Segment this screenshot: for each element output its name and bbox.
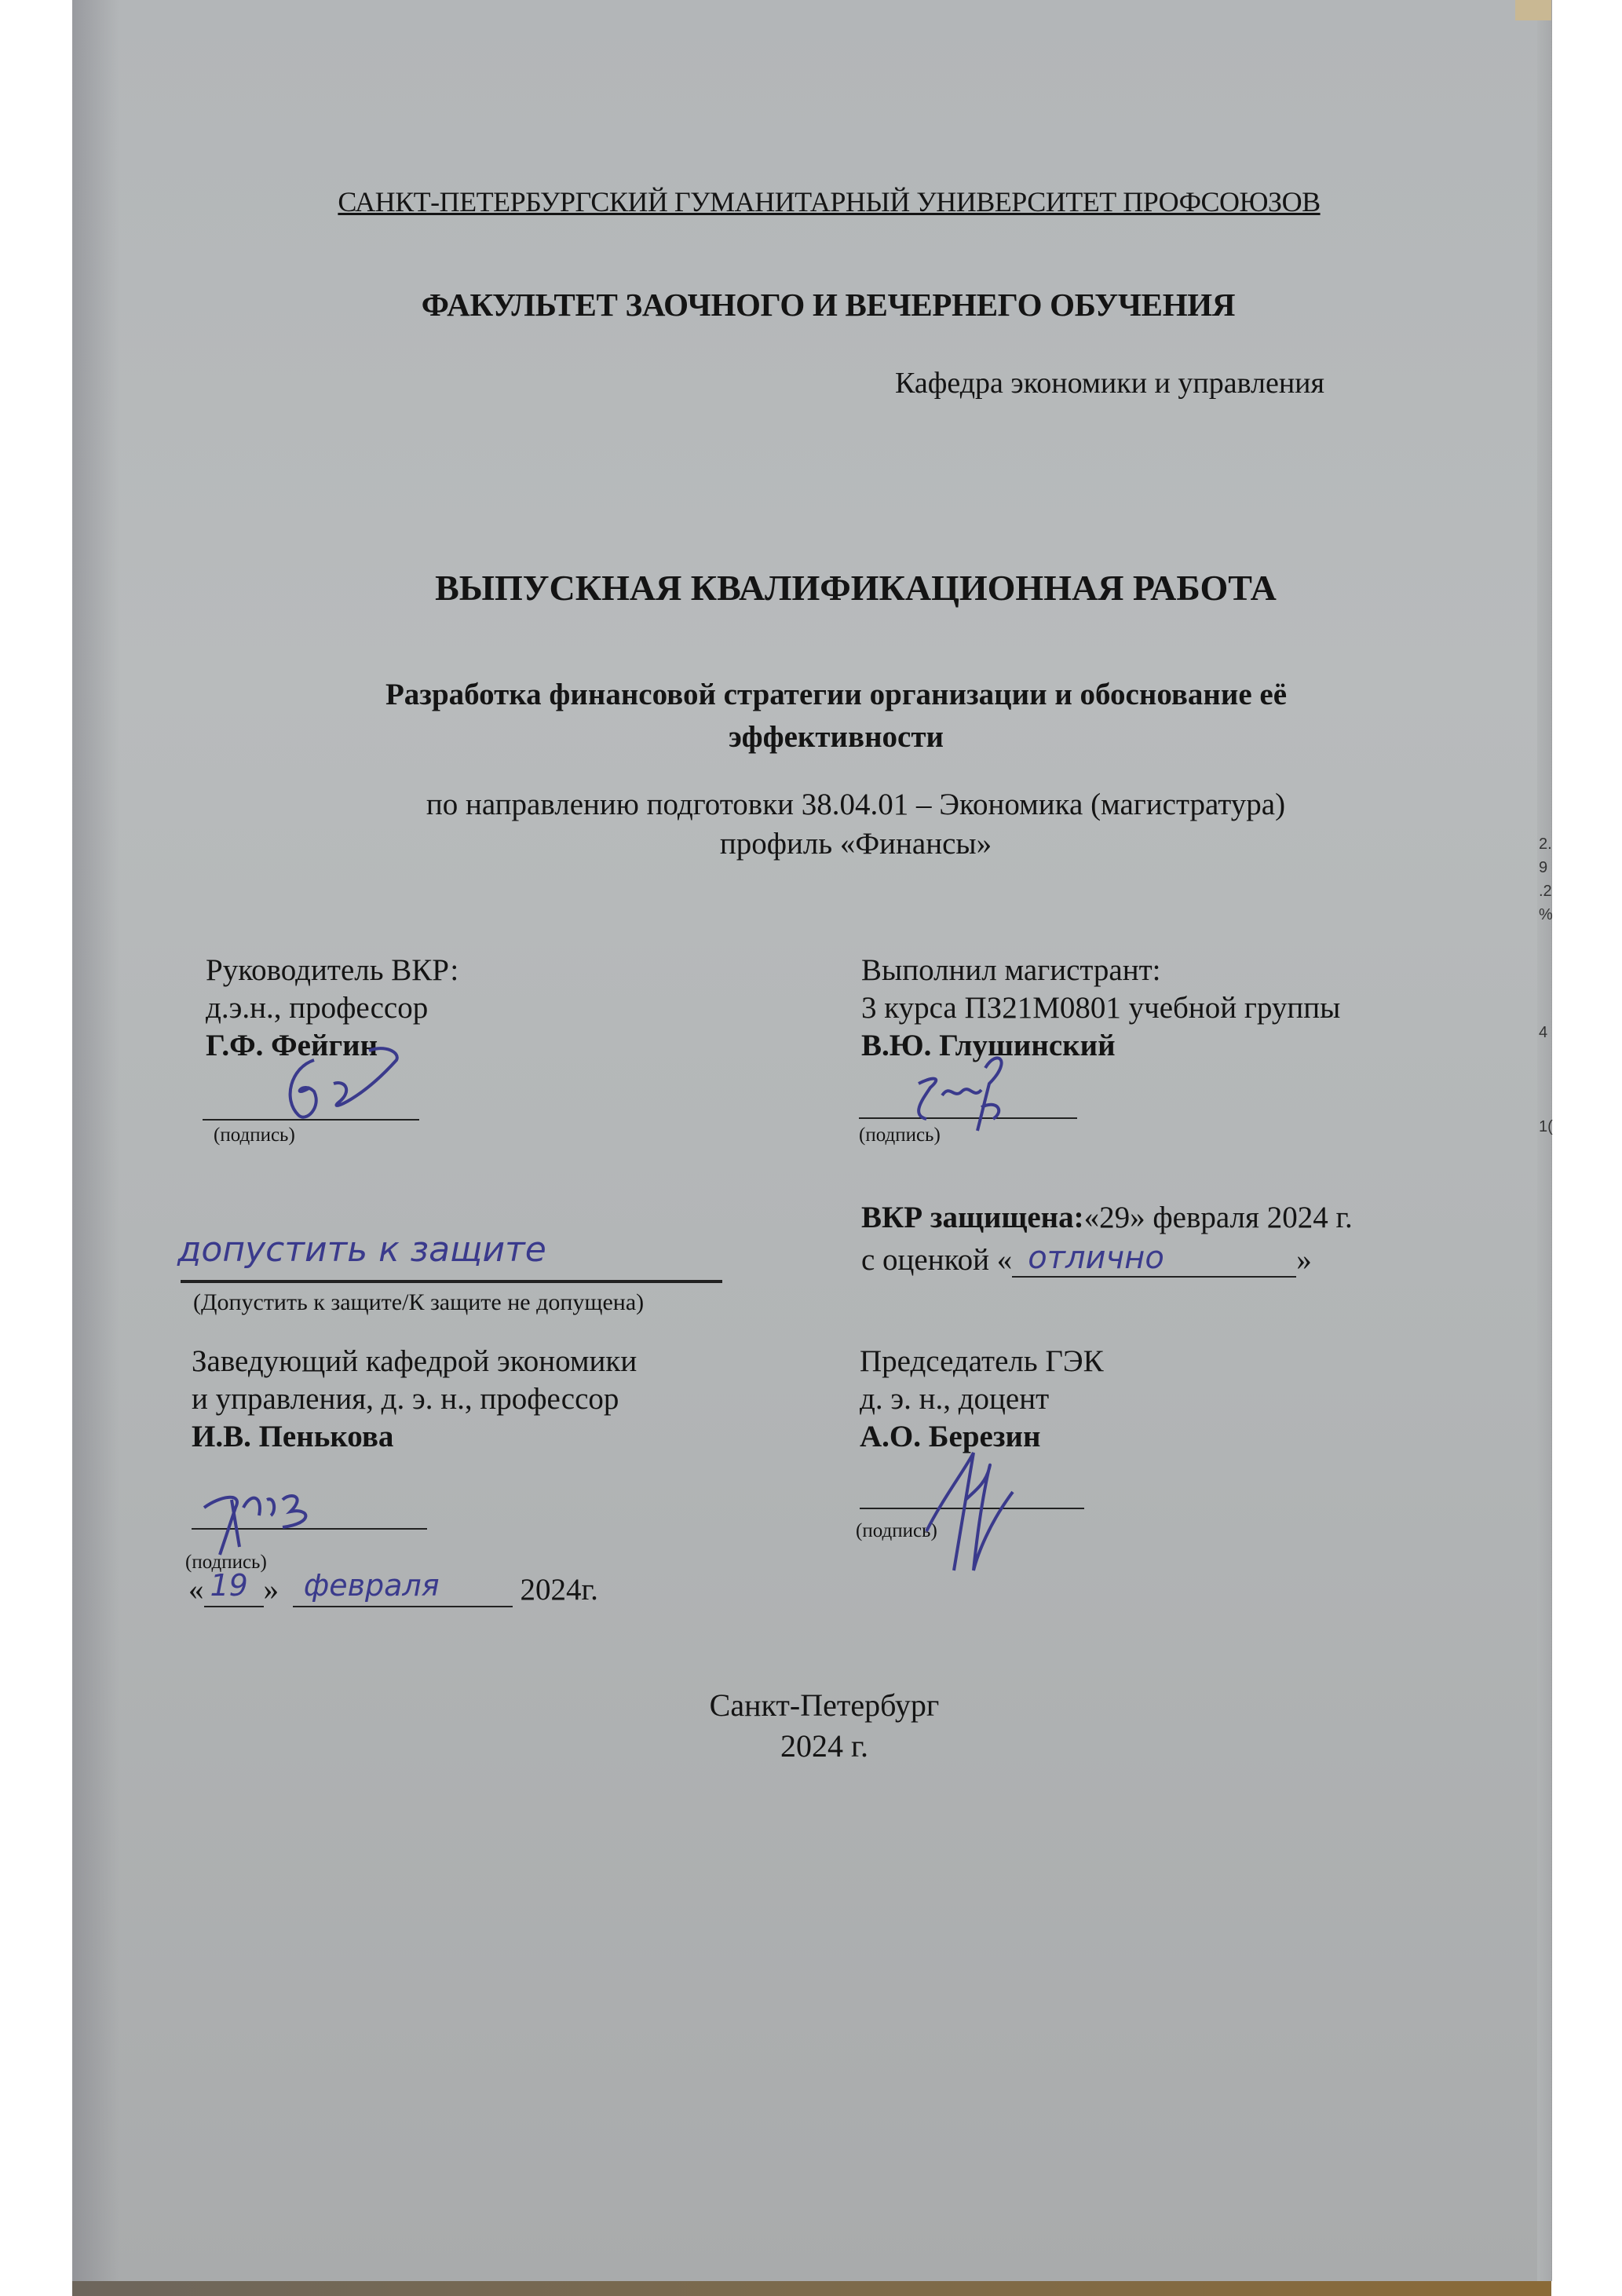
footer-city: Санкт-Петербург	[550, 1687, 1099, 1724]
page-shadow	[72, 0, 119, 2281]
day-handwritten: 19	[210, 1568, 248, 1603]
university-name: САНКТ-ПЕТЕРБУРГСКИЙ ГУМАНИТАРНЫЙ УНИВЕРС…	[311, 185, 1347, 218]
desk-corner	[1515, 0, 1551, 20]
study-direction: по направлению подготовки 38.04.01 – Эко…	[298, 787, 1413, 822]
head-name: И.В. Пенькова	[192, 1418, 637, 1456]
grade-suffix: »	[1296, 1243, 1312, 1277]
underlying-page-edge	[1537, 0, 1552, 2281]
student-block: Выполнил магистрант: 3 курса ПЗ21М0801 у…	[861, 952, 1340, 1065]
date-year: 2024г.	[521, 1573, 598, 1607]
admission-caption: (Допустить к защите/К защите не допущена…	[193, 1289, 644, 1316]
student-signature	[895, 1052, 1052, 1131]
day-field: 19	[204, 1574, 264, 1607]
study-profile: профиль «Финансы»	[298, 826, 1413, 861]
edge-mark: %	[1539, 903, 1551, 927]
thesis-topic-line2: эффективности	[259, 719, 1413, 755]
head-role-line2: и управления, д. э. н., профессор	[192, 1380, 637, 1418]
thesis-topic-line1: Разработка финансовой стратегии организа…	[259, 677, 1413, 712]
edge-mark: 4	[1539, 1021, 1551, 1044]
department-name: Кафедра экономики и управления	[895, 366, 1324, 400]
admission-line	[181, 1280, 722, 1283]
defense-label: ВКР защищена:	[861, 1201, 1084, 1234]
edge-mark: 1(	[1539, 1115, 1551, 1139]
gek-signature	[919, 1437, 1028, 1578]
gek-role: Председатель ГЭК	[860, 1343, 1104, 1380]
student-role: Выполнил магистрант:	[861, 952, 1340, 989]
defense-grade: с оценкой «отлично»	[861, 1242, 1312, 1278]
edge-mark: 2.	[1539, 832, 1551, 856]
faculty-name: ФАКУЛЬТЕТ ЗАОЧНОГО И ВЕЧЕРНЕГО ОБУЧЕНИЯ	[298, 286, 1358, 324]
underlying-page-marks: 2. 9 .2 % 4 1(	[1539, 832, 1551, 1139]
admission-handwritten: допустить к защите	[177, 1230, 546, 1270]
grade-handwritten: отлично	[1028, 1240, 1164, 1276]
gek-degree: д. э. н., доцент	[860, 1380, 1104, 1418]
head-of-department-block: Заведующий кафедрой экономики и управлен…	[192, 1343, 637, 1456]
head-signature	[188, 1476, 377, 1563]
defense-date-text: «29» февраля 2024 г.	[1084, 1201, 1353, 1234]
defense-date: ВКР защищена:«29» февраля 2024 г.	[861, 1200, 1353, 1235]
supervisor-degree: д.э.н., профессор	[206, 989, 458, 1027]
head-approval-date: «19» февраля 2024г.	[188, 1572, 598, 1607]
grade-field: отлично	[1012, 1245, 1296, 1278]
edge-mark: 9	[1539, 856, 1551, 879]
footer-year: 2024 г.	[550, 1727, 1099, 1764]
month-handwritten: февраля	[304, 1568, 440, 1603]
month-field: февраля	[293, 1574, 513, 1607]
desk-surface	[72, 2281, 1551, 2296]
work-type-title: ВЫПУСКНАЯ КВАЛИФИКАЦИОННАЯ РАБОТА	[330, 567, 1382, 609]
date-close-quote: »	[264, 1573, 279, 1607]
supervisor-signature	[259, 1044, 416, 1131]
supervisor-role: Руководитель ВКР:	[206, 952, 458, 989]
head-role-line1: Заведующий кафедрой экономики	[192, 1343, 637, 1380]
edge-mark: .2	[1539, 879, 1551, 903]
grade-prefix: с оценкой «	[861, 1243, 1012, 1277]
date-open-quote: «	[188, 1573, 204, 1607]
student-group: 3 курса ПЗ21М0801 учебной группы	[861, 989, 1340, 1027]
